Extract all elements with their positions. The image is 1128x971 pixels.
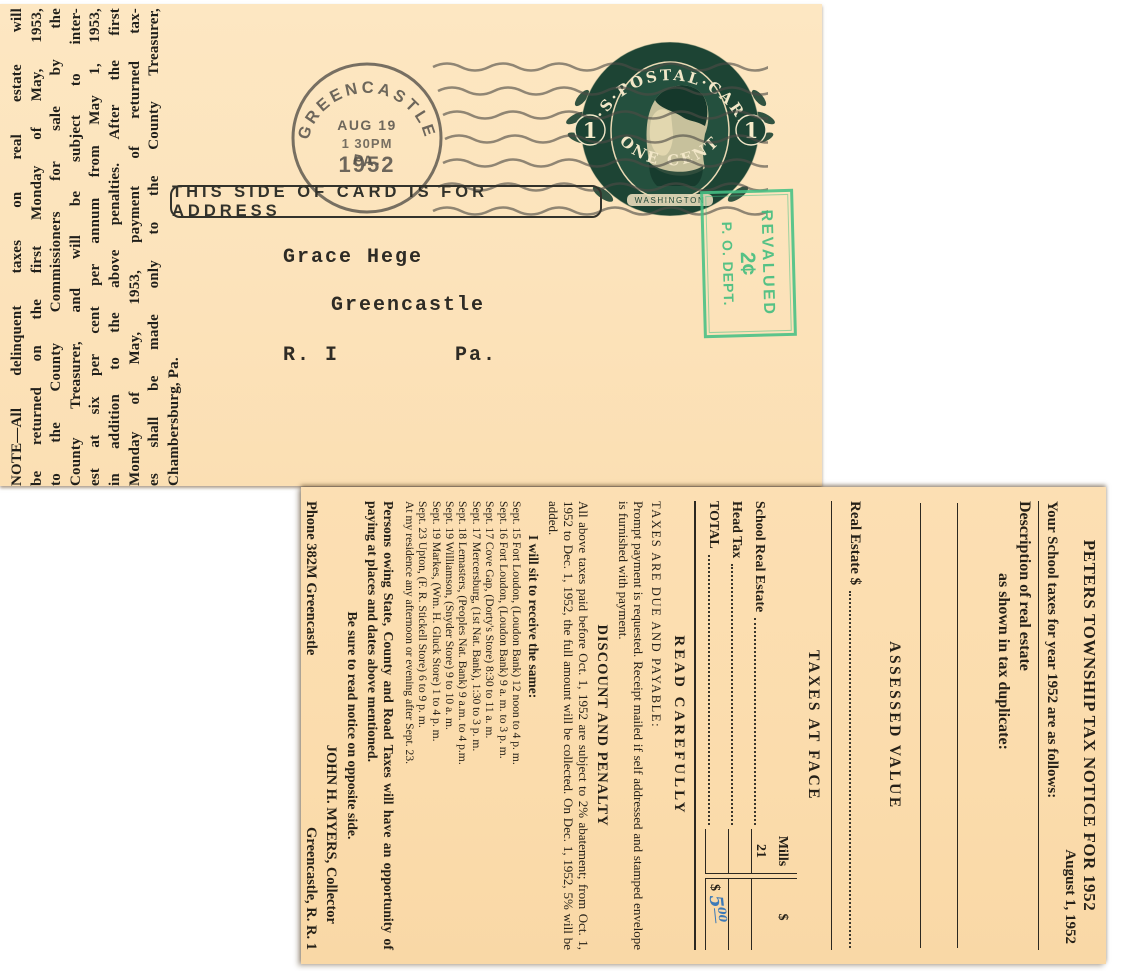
description-subheading: as shown in tax duplicate: (994, 573, 1012, 950)
tax-table-header: Mills $ (774, 501, 797, 950)
due-payable-heading: TAXES ARE DUE AND PAYABLE: (648, 501, 663, 950)
tax-notice-content: PETERS TOWNSHIP TAX NOTICE FOR 1952 Augu… (301, 487, 1106, 964)
row-label: TOTAL (705, 501, 721, 549)
recipient-address: Grace Hege Greencastle R. I Pa. (283, 236, 623, 376)
revalued-stamp-inner-border (705, 194, 792, 333)
tax-table: Mills $ School Real Estate 21 Head Tax (705, 501, 797, 950)
recipient-name: Grace Hege (283, 246, 423, 269)
postcard-address-side: NOTE—All delinquent taxes on real estate… (0, 4, 822, 486)
row-label: School Real Estate (751, 501, 767, 612)
sit-heading: I will sit to receive the same: (525, 535, 541, 950)
schedule-line: Sept. 18 Lemasters, (Peoples Nat. Bank) … (456, 501, 469, 950)
table-row-total: TOTAL $ 500 (705, 501, 728, 950)
side-note-line: in addition to the above penalties. Afte… (106, 8, 126, 486)
total-amount-cell: $ 500 (705, 879, 728, 950)
divider (1038, 501, 1039, 950)
taxes-at-face-heading: TAXES AT FACE (804, 501, 822, 950)
schedule-line: Sept. 19 Markes, (Wm. H. Gluck Store) 1 … (429, 501, 442, 950)
schedule-line: Sept. 17 Mercersburg, (1st Nat. Bank), 1… (469, 501, 482, 950)
recipient-state: Pa. (455, 344, 497, 367)
real-estate-row: Real Estate $ (846, 501, 863, 950)
dollar-sign: $ (707, 884, 722, 891)
tax-notice-card: PETERS TOWNSHIP TAX NOTICE FOR 1952 Augu… (301, 487, 1106, 964)
divider (694, 501, 696, 950)
side-note-line: Chambersburg, Pa. (165, 8, 185, 486)
table-row-school: School Real Estate 21 (751, 501, 774, 950)
side-note-line: NOTE—All delinquent taxes on real estate… (8, 8, 28, 486)
revalued-stamp: REVALUED 2¢ P. O. DEPT. (700, 189, 797, 338)
school-amount-cell (751, 879, 752, 950)
row-label: Head Tax (728, 501, 744, 558)
postcard-scan: NOTE—All delinquent taxes on real estate… (0, 0, 1128, 971)
collection-schedule: Sept. 15 Fort Loudon, (Loudon Bank) 12 n… (416, 501, 523, 950)
side-note-line: es shall be made only to the County Trea… (145, 8, 165, 486)
due-payable-text: Prompt payment is requested. Receipt mai… (616, 501, 646, 950)
collector-contact-row: Phone 382M Greencastle Greencastle, R. R… (302, 501, 319, 950)
dotted-leader (849, 591, 851, 948)
dotted-leader (708, 555, 710, 825)
side-note-line: to the County Commissioners for sale by … (47, 8, 67, 486)
residence-note: At my residence any afternoon or evening… (402, 501, 415, 950)
side-note-line: est at six per cent per annum from May 1… (86, 8, 106, 486)
address-banner: THIS SIDE OF CARD IS FOR ADDRESS (170, 185, 602, 218)
table-row-head-tax: Head Tax (728, 501, 751, 950)
schedule-line: Sept. 17 Cove Gap, (Dorty's Store) 8:30 … (483, 501, 496, 950)
tax-notice-title: PETERS TOWNSHIP TAX NOTICE FOR 1952 (1079, 501, 1099, 950)
persons-note: Persons owing State, County and Road Tax… (364, 501, 396, 950)
head-tax-mills-cell (728, 829, 729, 873)
schedule-line: Sept. 23 Upton, (F. R. Stickell Store) 6… (416, 501, 429, 950)
recipient-route: R. I (283, 344, 339, 367)
side-note-line: be returned on the first Monday of May, … (28, 8, 48, 486)
side-note-line: County Treasurer, and will be subject to… (67, 8, 87, 486)
handwritten-dollars: 5 (705, 894, 727, 909)
mills-column-header: Mills (774, 829, 790, 873)
be-sure-note: Be sure to read notice on opposite side. (344, 501, 360, 950)
dollar-column-header: $ (774, 879, 790, 950)
collector-phone: Phone 382M Greencastle (302, 501, 319, 655)
handwritten-cents: 00 (714, 906, 730, 923)
dotted-leader (731, 564, 733, 825)
side-note: NOTE—All delinquent taxes on real estate… (8, 8, 190, 486)
discount-penalty-heading: DISCOUNT AND PENALTY (593, 501, 610, 950)
school-mills-value: 21 (751, 829, 768, 873)
collector-signature: JOHN H. MYERS, Collector (322, 501, 339, 950)
side-note-text: NOTE—All delinquent taxes on real estate… (8, 8, 190, 486)
collector-address: Greencastle, R. R. 1 (302, 827, 319, 950)
description-write-line-2 (920, 503, 921, 948)
divider (831, 501, 832, 950)
real-estate-label: Real Estate $ (846, 501, 863, 585)
column-divider (728, 873, 751, 879)
tax-notice-date: August 1, 1952 (1061, 501, 1078, 950)
read-carefully-heading: READ CAREFULLY (670, 501, 687, 950)
assessed-value-heading: ASSESSED VALUE (885, 501, 903, 950)
description-heading: Description of real estate (1015, 501, 1033, 950)
schedule-line: Sept. 16 Fort Loudon, (Loudon Bank) 9 a.… (496, 501, 509, 950)
handwritten-total: 500 (705, 893, 730, 923)
total-mills-cell (705, 829, 706, 873)
tax-notice-intro: Your School taxes for year 1952 are as f… (1043, 501, 1060, 950)
description-write-line-1 (957, 503, 958, 948)
recipient-city: Greencastle (331, 294, 485, 317)
dotted-leader (754, 618, 756, 825)
column-divider (751, 873, 774, 879)
schedule-line: Sept. 19 Williamson, (Snyder Store) 9 to… (443, 501, 456, 950)
discount-penalty-text: All above taxes paid before Oct. 1, 1952… (546, 501, 591, 950)
schedule-line: Sept. 15 Fort Loudon, (Loudon Bank) 12 n… (510, 501, 523, 950)
side-note-line: Monday of May, 1953, payment of returned… (126, 8, 146, 486)
